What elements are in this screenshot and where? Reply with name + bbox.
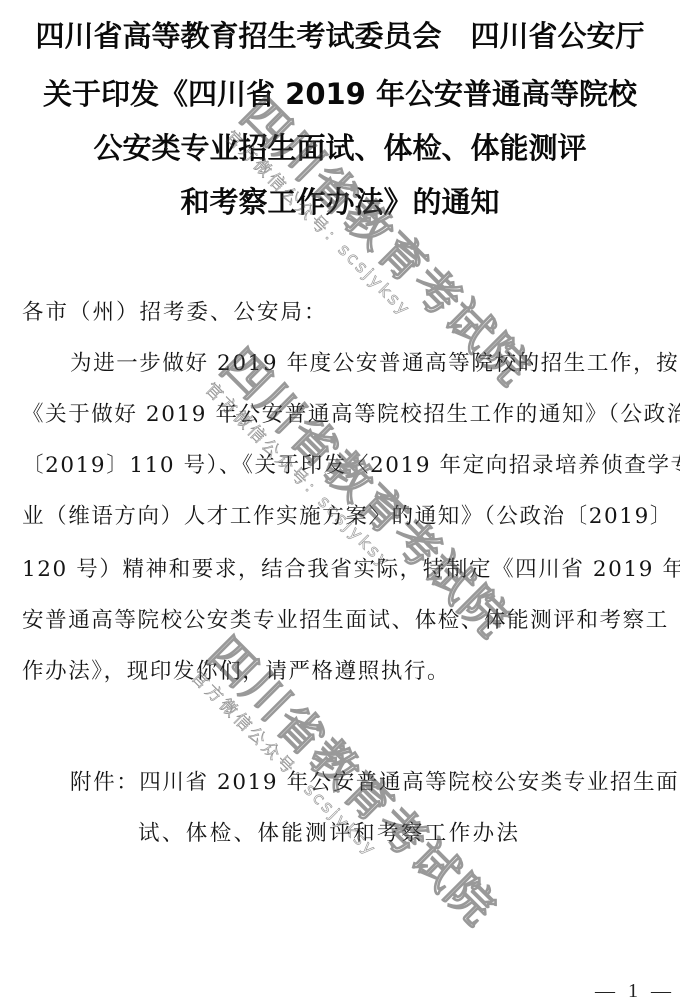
title-line-issuers: 四川省高等教育招生考试委员会 四川省公安厅 — [0, 14, 680, 55]
body-line: 为进一步做好 2019 年度公安普通高等院校的招生工作，按照 — [70, 346, 660, 377]
watermark-sub-text: 官方微信公众号：scsjyksy — [186, 666, 470, 950]
title-line-3: 公安类专业招生面试、体检、体能测评 — [0, 126, 680, 167]
document-page: 四川省高等教育招生考试委员会 四川省公安厅 关于印发《四川省 2019 年公安普… — [0, 0, 680, 1006]
body-line: 业（维语方向）人才工作实施方案〉的通知》（公政治〔2019〕 — [22, 499, 662, 530]
attachment-line: 试、体检、体能测评和考察工作办法 — [138, 816, 538, 847]
watermark-main-text: 四川省教育考试院 — [213, 340, 520, 647]
attachment-line: 附件：四川省 2019 年公安普通高等院校公安类专业招生面 — [70, 765, 660, 796]
body-line: 作办法》，现印发你们，请严格遵照执行。 — [22, 654, 662, 685]
title-line-2: 关于印发《四川省 2019 年公安普通高等院校 — [0, 72, 680, 113]
body-line: 《关于做好 2019 年公安普通高等院校招生工作的通知》（公政治 — [22, 397, 662, 428]
page-number: — 1 — — [595, 980, 675, 1003]
body-line: 安普通高等院校公安类专业招生面试、体检、体能测评和考察工 — [22, 603, 662, 634]
body-line: 〔2019〕110 号）、《关于印发〈2019 年定向招录培养侦查学专 — [22, 448, 662, 479]
body-line: 120 号）精神和要求，结合我省实际，特制定《四川省 2019 年公 — [22, 552, 662, 583]
salutation: 各市（州）招考委、公安局： — [22, 295, 662, 326]
title-line-4: 和考察工作办法》的通知 — [0, 180, 680, 221]
